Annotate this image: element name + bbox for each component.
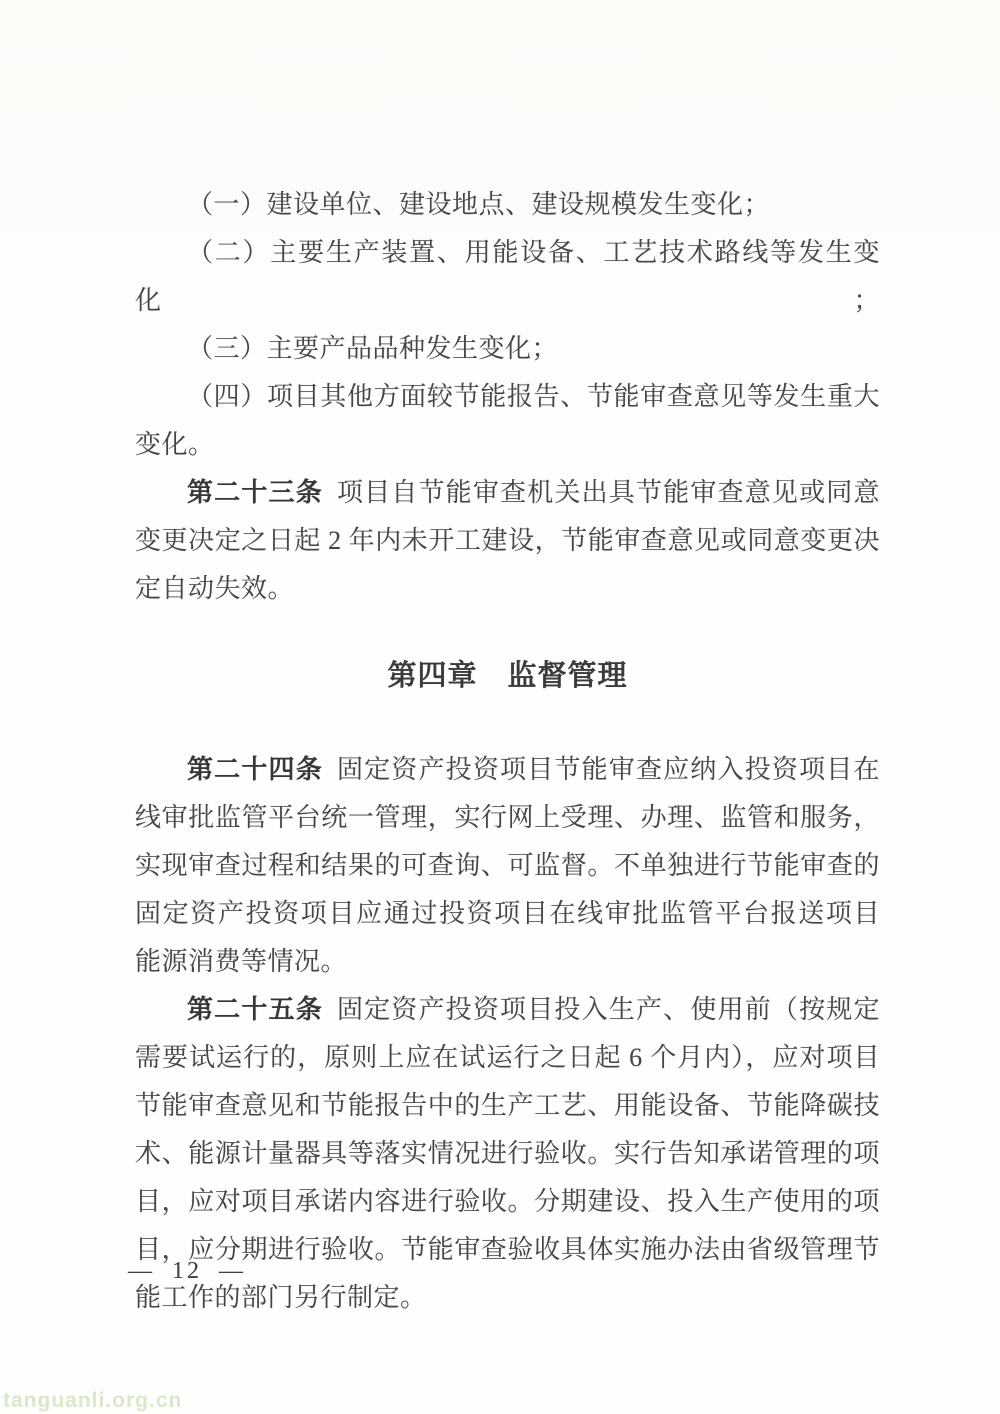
text-line: 目，应对项目承诺内容进行验收。分期建设、投入生产使用的项 [135, 1178, 880, 1226]
text-line: 节能审查意见和节能报告中的生产工艺、用能设备、节能降碳技 [135, 1082, 880, 1130]
text-line: 变更决定之日起 2 年内未开工建设，节能审查意见或同意变更决 [135, 517, 880, 565]
text-line: 第二十三条项目自节能审查机关出具节能审查意见或同意 [135, 469, 880, 517]
document-body: （一）建设单位、建设地点、建设规模发生变化；（二）主要生产装置、用能设备、工艺技… [135, 181, 880, 1322]
text-line: 第二十五条固定资产投资项目投入生产、使用前（按规定 [135, 986, 880, 1034]
text-line: 线审批监管平台统一管理，实行网上受理、办理、监管和服务， [135, 794, 880, 842]
text-line: （四）项目其他方面较节能报告、节能审查意见等发生重大 [135, 373, 880, 421]
text-line: 定自动失效。 [135, 565, 880, 613]
text-line: （三）主要产品品种发生变化； [135, 325, 880, 373]
article-number: 第二十三条 [187, 478, 323, 507]
chapter-heading: 第四章 监督管理 [135, 652, 880, 700]
text-line: 第二十四条固定资产投资项目节能审查应纳入投资项目在 [135, 746, 880, 794]
text-line: 术、能源计量器具等落实情况进行验收。实行告知承诺管理的项 [135, 1130, 880, 1178]
article-number: 第二十四条 [187, 755, 323, 784]
text-line: （二）主要生产装置、用能设备、工艺技术路线等发生变化； [135, 229, 880, 325]
text-line: 固定资产投资项目应通过投资项目在线审批监管平台报送项目 [135, 890, 880, 938]
text-line: 能工作的部门另行制定。 [135, 1274, 880, 1322]
text-line: 需要试运行的，原则上应在试运行之日起 6 个月内），应对项目 [135, 1034, 880, 1082]
text-line: （一）建设单位、建设地点、建设规模发生变化； [135, 181, 880, 229]
document-page: （一）建设单位、建设地点、建设规模发生变化；（二）主要生产装置、用能设备、工艺技… [0, 0, 1000, 1414]
text-line: 目，应分期进行验收。节能审查验收具体实施办法由省级管理节 [135, 1226, 880, 1274]
page-number: — 12 — [128, 1254, 246, 1288]
text-line: 实现审查过程和结果的可查询、可监督。不单独进行节能审查的 [135, 842, 880, 890]
article-number: 第二十五条 [187, 995, 323, 1024]
text-line: 变化。 [135, 421, 880, 469]
text-line: 能源消费等情况。 [135, 938, 880, 986]
site-watermark: tanguanli.org.cn [3, 1390, 182, 1412]
